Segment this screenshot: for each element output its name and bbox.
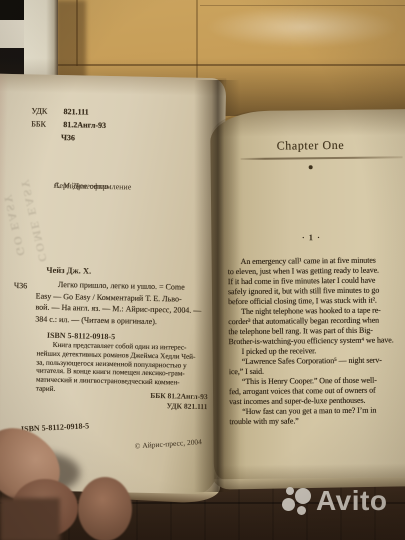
avito-watermark-text: Avito <box>316 485 387 517</box>
chapter-ornament-dot <box>309 165 313 169</box>
wood-light-streak <box>205 6 400 48</box>
book-gutter-shadow <box>194 80 240 492</box>
annotation-paragraph: Книга представляет собой один из интерес… <box>36 341 213 397</box>
left-page: COME EASY GO EASY УДК 821.111 ББК 81.2Ан… <box>0 74 226 495</box>
isbn-number: ISBN 5-8112-0918-5 <box>47 331 115 341</box>
avito-logo-icon <box>282 487 314 521</box>
classification-codes: УДК 821.111 ББК 81.2Англ-93 Ч36 <box>31 104 107 145</box>
udk-value: 821.111 <box>63 105 88 119</box>
finger <box>78 477 132 540</box>
bibliographic-entry: Легко пришло, легко и ушло. = Come Easy … <box>35 279 216 329</box>
author-heading: Чейз Дж. Х. <box>46 265 91 276</box>
bbk-label: ББК <box>31 117 61 131</box>
book-photo: COME EASY GO EASY УДК 821.111 ББК 81.2Ан… <box>0 0 405 540</box>
chapter-rule <box>241 156 403 159</box>
publisher-copyright: © Айрис-пресс, 2004 <box>134 437 202 450</box>
avito-logo-circle <box>297 506 306 515</box>
body-line: “Lawrence Safes Corporation⁵ — night ser… <box>229 354 405 367</box>
body-line: trouble with my safe.” <box>229 414 405 427</box>
bbk-line: ББК 81.2Англ-93 <box>31 117 106 132</box>
series-prefix: Серийное оформление <box>54 181 131 192</box>
bbk-value: 81.2Англ-93 <box>63 118 106 132</box>
body-line: Brother-is-watching-you efficiency syste… <box>228 334 405 347</box>
hand-base <box>0 498 60 540</box>
udk-label: УДК <box>31 104 61 118</box>
author-sign-code: Ч36 <box>31 130 106 145</box>
section-number: · 1 · <box>211 231 405 243</box>
avito-logo-circle <box>286 487 294 495</box>
cover-showthrough-text: COME EASY GO EASY <box>0 174 54 271</box>
avito-logo-circle <box>282 498 295 511</box>
chapter-body-text: An emergency call¹ came in at five minut… <box>228 254 405 427</box>
margin-author-code: Ч36 <box>14 279 27 292</box>
avito-watermark: Avito <box>282 483 400 523</box>
avito-logo-circle <box>295 488 311 504</box>
series-design-credit: Серийное оформление А. М. Драгового <box>54 181 108 191</box>
